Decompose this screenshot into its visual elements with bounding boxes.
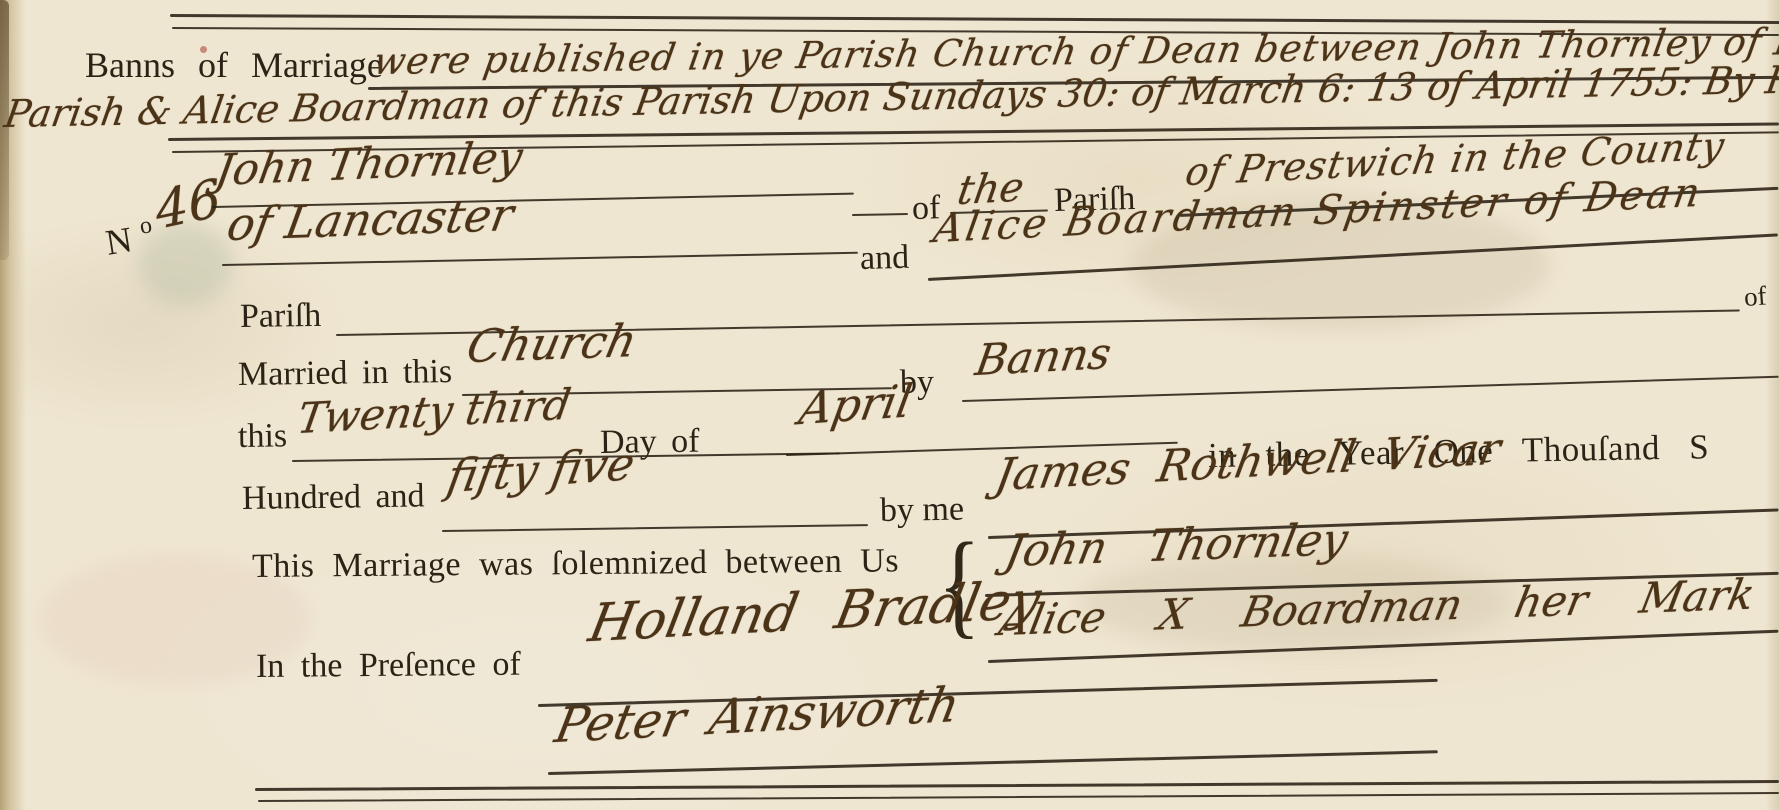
- married-place-handwriting: Church: [462, 314, 641, 373]
- ruled-line-bottom-1: [255, 780, 1779, 791]
- ruled-line-witness2: [548, 750, 1438, 775]
- groom-county-handwriting: of Lancaster: [223, 188, 517, 251]
- ruled-line-of-short: [852, 213, 908, 216]
- entry-number-label: N: [103, 218, 135, 264]
- groom-name-handwriting: John Thornley: [212, 132, 526, 196]
- witness2-signature: Peter Ainsworth: [550, 677, 964, 755]
- groom-signature: John Thornley: [1001, 514, 1352, 577]
- hundred-and-label: Hundred and: [242, 477, 425, 518]
- married-by-handwriting: Banns: [972, 329, 1115, 387]
- month-handwriting: April: [795, 374, 916, 436]
- entry-number-superscript: o: [138, 212, 154, 241]
- ruled-line-county: [222, 252, 858, 266]
- ruled-line-bottom-2: [258, 792, 1779, 802]
- this-label: this: [238, 417, 288, 456]
- ruled-line-top-1: [170, 14, 1779, 24]
- banns-of-marriage-label: Banns of Marriage: [85, 44, 383, 86]
- marriage-register-page: Banns of Marriage were published in ye P…: [0, 0, 1779, 810]
- bride-overflow-of: of: [1743, 280, 1768, 312]
- year-handwriting: fifty five: [443, 437, 639, 504]
- solemnized-label: This Marriage was ſolemnized between Us: [252, 542, 899, 586]
- ruled-line-year: [442, 524, 868, 532]
- right-page-shading: [1765, 0, 1779, 810]
- presence-label: In the Preſence of: [256, 646, 521, 686]
- parish2-label: Pariſh: [240, 297, 322, 336]
- and-label: and: [860, 239, 910, 278]
